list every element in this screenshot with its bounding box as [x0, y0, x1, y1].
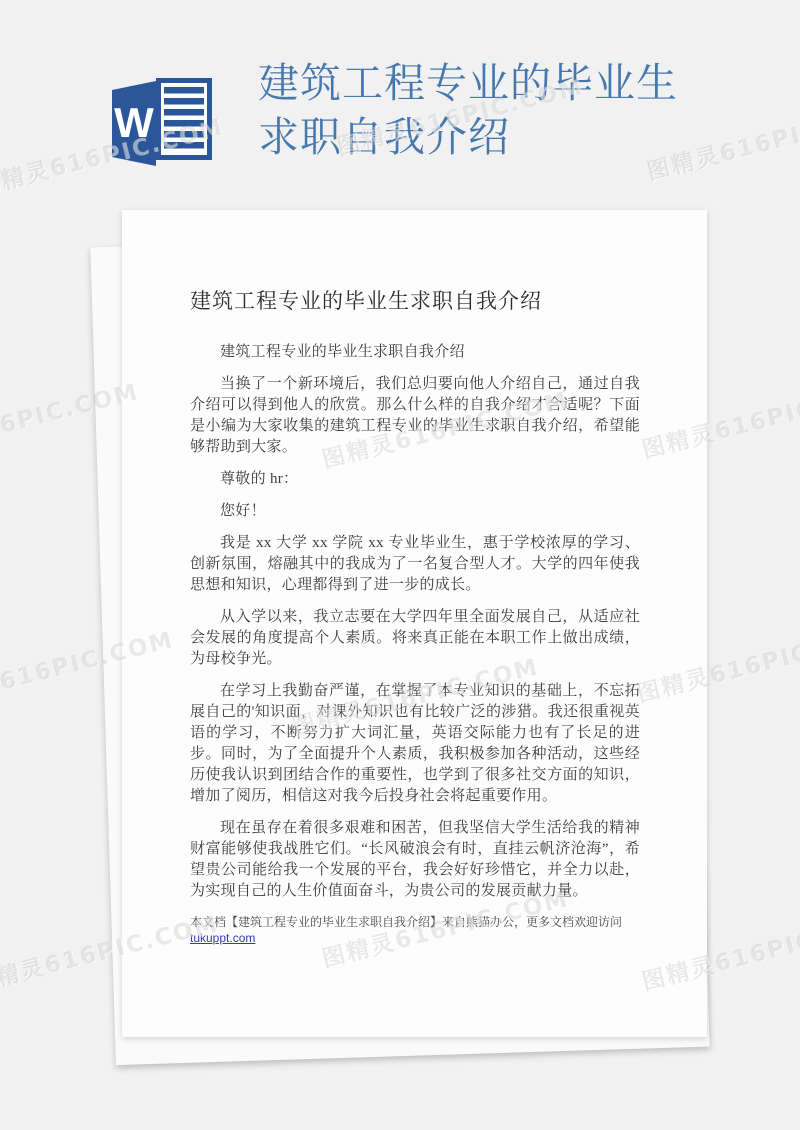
document-paragraph-6: 在学习上我勤奋严谨，在掌握了本专业知识的基础上，不忘拓展自己的'知识面，对课外知…: [190, 681, 640, 807]
document-paragraph-1: 当换了一个新环境后，我们总归要向他人介绍自己，通过自我介绍可以得到他人的欣赏。那…: [190, 374, 640, 458]
word-logo-svg: W: [108, 76, 216, 180]
page-title-line2: 求职自我介绍: [258, 110, 728, 164]
document-paragraph-4: 我是 xx 大学 xx 学院 xx 专业毕业生，惠于学校浓厚的学习、创新氛围，熔…: [190, 533, 640, 596]
document-paragraph-0: 建筑工程专业的毕业生求职自我介绍: [190, 342, 640, 363]
word-icon: W: [108, 76, 216, 180]
footer-note: 本文档【建筑工程专业的毕业生求职自我介绍】来自熊猫办公，更多文档欢迎访问: [190, 915, 622, 929]
document-heading: 建筑工程专业的毕业生求职自我介绍: [190, 285, 640, 315]
document-paragraph-3: 您好！: [190, 501, 640, 522]
document-page: 建筑工程专业的毕业生求职自我介绍 建筑工程专业的毕业生求职自我介绍当换了一个新环…: [122, 210, 707, 1037]
header: W 建筑工程专业的毕业生 求职自我介绍: [0, 0, 800, 205]
word-icon-letter: W: [114, 99, 154, 146]
page-title-line1: 建筑工程专业的毕业生: [258, 56, 728, 110]
document-paragraph-5: 从入学以来，我立志要在大学四年里全面发展自己，从适应社会发展的角度提高个人素质。…: [190, 607, 640, 670]
document-paragraph-7: 现在虽存在着很多艰难和困苦，但我坚信大学生活给我的精神财富能够使我战胜它们。“长…: [190, 818, 640, 902]
document-footer: 本文档【建筑工程专业的毕业生求职自我介绍】来自熊猫办公，更多文档欢迎访问 tuk…: [190, 914, 640, 946]
document-paragraph-2: 尊敬的 hr：: [190, 469, 640, 490]
footer-link[interactable]: tukuppt.com: [190, 931, 255, 945]
document-body: 建筑工程专业的毕业生求职自我介绍当换了一个新环境后，我们总归要向他人介绍自己，通…: [190, 342, 640, 902]
page-title: 建筑工程专业的毕业生 求职自我介绍: [258, 56, 728, 164]
